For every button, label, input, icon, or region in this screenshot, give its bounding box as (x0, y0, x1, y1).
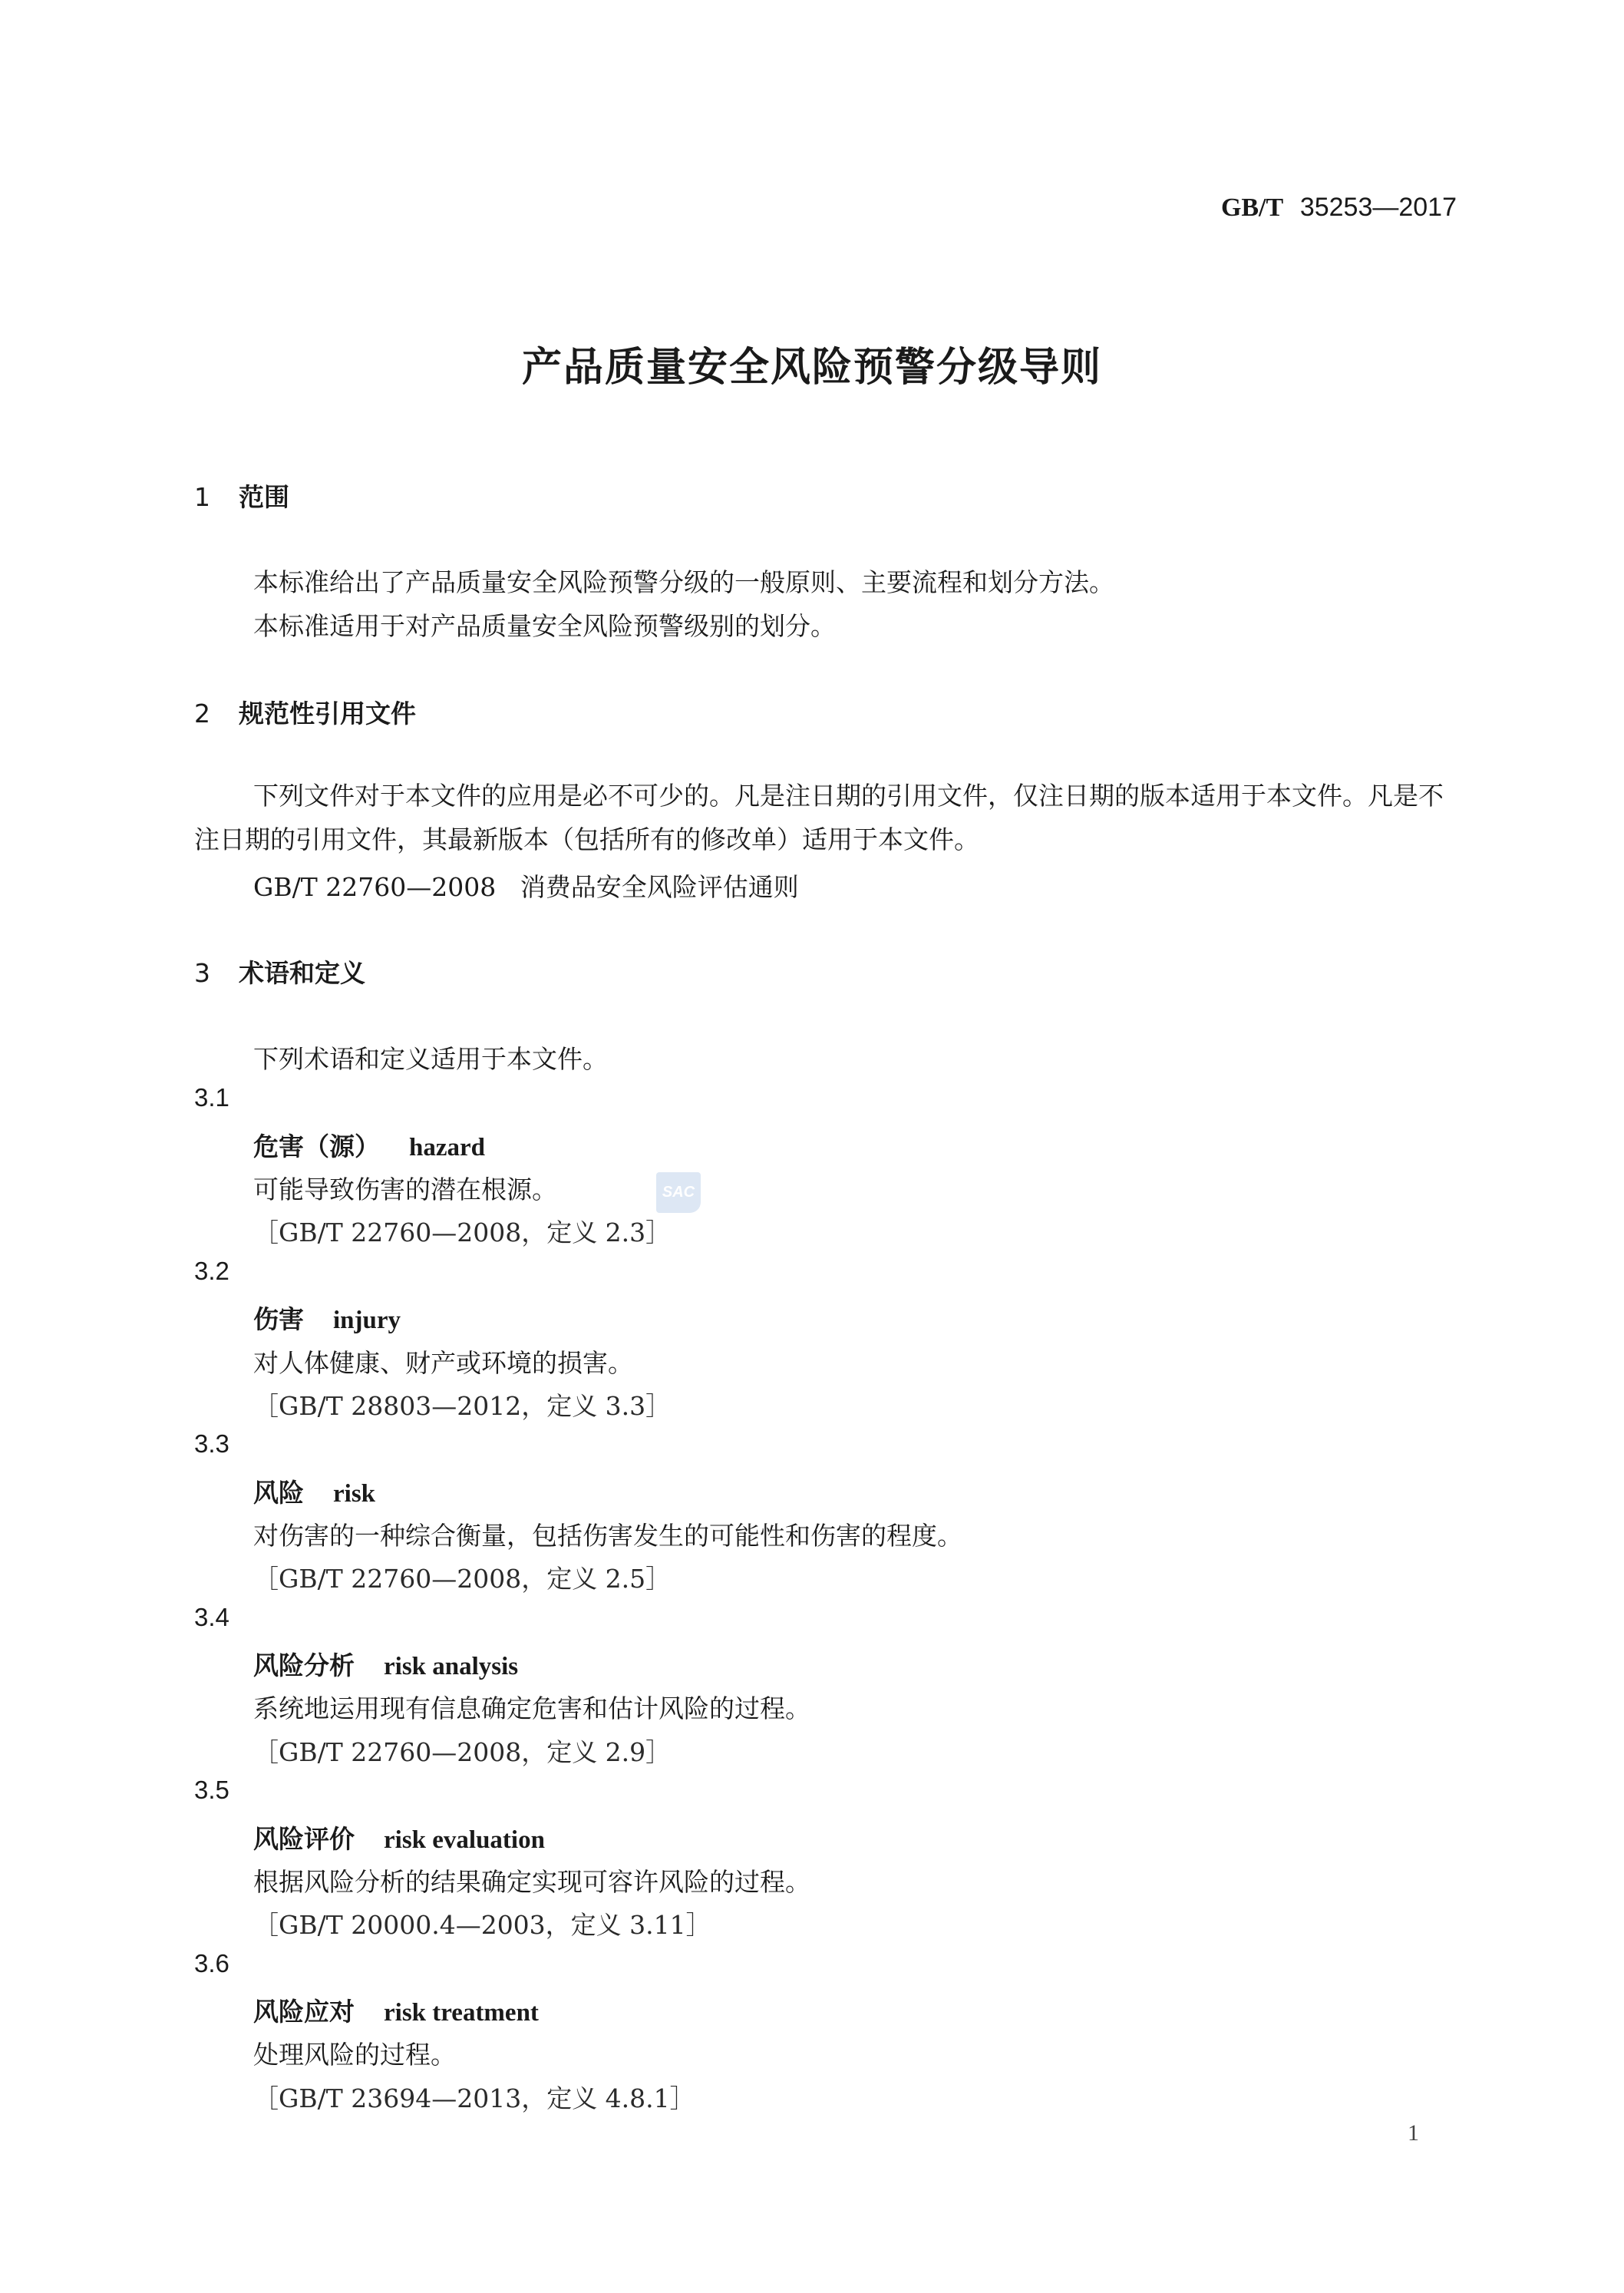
reference-entry: GB/T 22760—2008 消费品安全风险评估通则 (253, 867, 799, 904)
term-en: risk analysis (384, 1653, 518, 1680)
term-number: 3.6 (194, 1949, 229, 1978)
term-source: ［GB/T 28803—2012，定义 3.3］ (253, 1386, 671, 1422)
term-definition: 对伤害的一种综合衡量，包括伤害发生的可能性和伤害的程度。 (253, 1516, 962, 1552)
reference-code: GB/T 22760—2008 (253, 872, 496, 902)
document-title: 产品质量安全风险预警分级导则 (0, 335, 1624, 392)
term-name: 伤害injury (253, 1300, 401, 1336)
term-zh: 风险评价 (253, 1824, 355, 1854)
term-en: injury (333, 1307, 401, 1334)
term-definition: 系统地运用现有信息确定危害和估计风险的过程。 (253, 1689, 810, 1725)
term-zh: 危害（源） (253, 1132, 380, 1161)
term-number: 3.4 (194, 1603, 229, 1632)
term-source: ［GB/T 22760—2008，定义 2.5］ (253, 1559, 671, 1595)
section-heading-terms: 3术语和定义 (194, 953, 365, 990)
term-en: risk treatment (384, 1999, 539, 2027)
page-number: 1 (1408, 2120, 1419, 2146)
term-name: 风险risk (253, 1473, 375, 1509)
term-en: risk evaluation (384, 1826, 545, 1854)
term-name: 风险分析risk analysis (253, 1646, 518, 1682)
term-zh: 伤害 (253, 1304, 304, 1334)
term-zh: 风险应对 (253, 1997, 355, 2027)
section-number: 1 (194, 482, 239, 512)
sac-watermark-logo: SAC (656, 1172, 701, 1213)
term-en: risk (333, 1480, 375, 1508)
term-source: ［GB/T 23694—2013，定义 4.8.1］ (253, 2079, 695, 2115)
term-name: 风险评价risk evaluation (253, 1819, 545, 1855)
term-source: ［GB/T 22760—2008，定义 2.9］ (253, 1733, 671, 1769)
section-title: 规范性引用文件 (239, 699, 416, 729)
term-definition: 处理风险的过程。 (253, 2035, 456, 2071)
section-heading-normative-references: 2规范性引用文件 (194, 694, 416, 730)
section-title: 术语和定义 (239, 958, 365, 988)
standard-prefix: GB/T (1221, 193, 1283, 222)
section-number: 3 (194, 958, 239, 988)
term-number: 3.5 (194, 1776, 229, 1805)
term-zh: 风险分析 (253, 1650, 355, 1680)
standard-code: GB/T 35253—2017 (1221, 192, 1457, 223)
term-name: 风险应对risk treatment (253, 1992, 539, 2028)
section-title: 范围 (239, 482, 289, 512)
term-number: 3.3 (194, 1429, 229, 1459)
paragraph: 本标准适用于对产品质量安全风险预警级别的划分。 (253, 606, 836, 643)
section-heading-scope: 1范围 (194, 477, 289, 514)
paragraph: 本标准给出了产品质量安全风险预警分级的一般原则、主要流程和划分方法。 (253, 563, 1114, 599)
standard-number: 35253—2017 (1300, 193, 1457, 222)
term-definition: 对人体健康、财产或环境的损害。 (253, 1343, 633, 1379)
term-zh: 风险 (253, 1478, 304, 1508)
term-name: 危害（源）hazard (253, 1127, 485, 1163)
term-definition: 根据风险分析的结果确定实现可容许风险的过程。 (253, 1862, 810, 1898)
paragraph: 下列文件对于本文件的应用是必不可少的。凡是注日期的引用文件，仅注日期的版本适用于… (194, 774, 1461, 861)
term-source: ［GB/T 22760—2008，定义 2.3］ (253, 1213, 671, 1249)
paragraph: 下列术语和定义适用于本文件。 (253, 1039, 608, 1075)
term-definition: 可能导致伤害的潜在根源。 (253, 1170, 557, 1206)
term-en: hazard (409, 1134, 485, 1161)
term-source: ［GB/T 20000.4—2003，定义 3.11］ (253, 1905, 711, 1941)
term-number: 3.1 (194, 1083, 229, 1112)
term-number: 3.2 (194, 1257, 229, 1286)
section-number: 2 (194, 699, 239, 729)
reference-title: 消费品安全风险评估通则 (520, 872, 799, 902)
